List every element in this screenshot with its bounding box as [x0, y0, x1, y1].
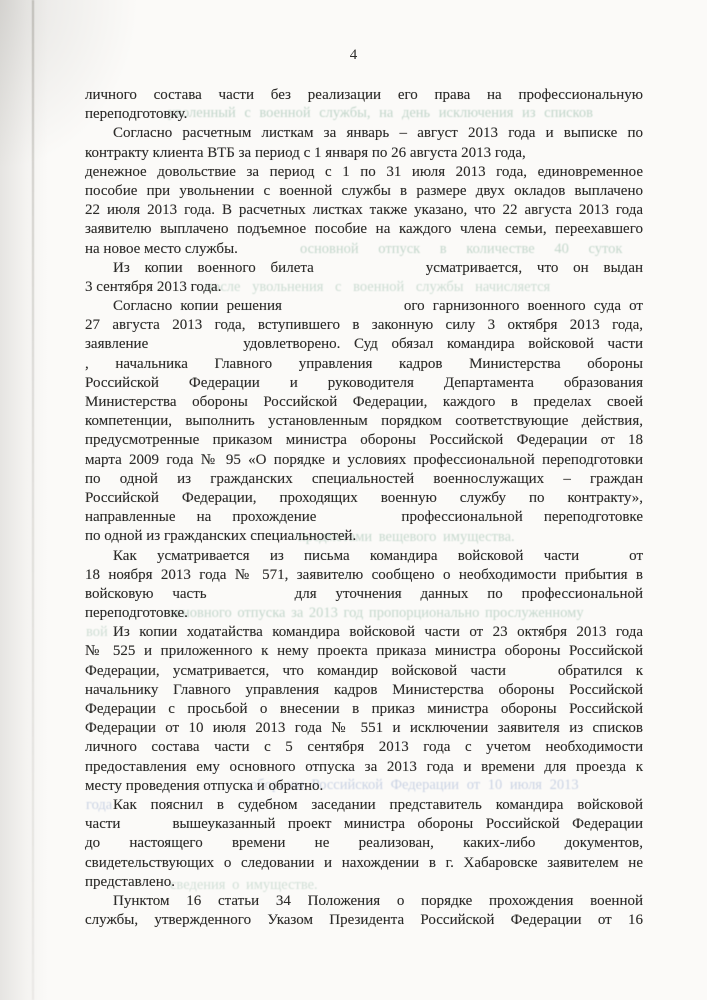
text-line: Согласно расчетным листкам за январь – а… [85, 124, 643, 143]
text-line: Из копии военного билетаусматривается, ч… [85, 259, 643, 278]
text-line: начальнику Главного управления кадров Ми… [85, 681, 643, 700]
paragraph: Как пояснил в судебном заседании предста… [85, 796, 643, 892]
text-line: свидетельствующих о следовании и нахожде… [85, 854, 643, 873]
redaction-gap [148, 347, 243, 348]
text-line: службы, утвержденного Указом Президента … [85, 911, 643, 930]
redaction-gap [207, 597, 295, 598]
text-line: Российской Федерации, проходящих военную… [85, 489, 643, 508]
text-line: заявлениеудовлетворено. Суд обязал коман… [85, 335, 643, 354]
redaction-gap [316, 520, 401, 521]
text-line: Согласно копии решенияого гарнизонного в… [85, 297, 643, 316]
text-line: Министерства обороны Российской Федераци… [85, 393, 643, 412]
paragraph: личного состава части без реализации его… [85, 86, 643, 124]
text-line: по одной из гражданских специальностей в… [85, 470, 643, 489]
text-line: заявителю выплачено подъемное пособие на… [85, 220, 643, 239]
redaction-gap [579, 559, 629, 560]
text-line: Из копии ходатайства командира войсковой… [85, 623, 643, 642]
text-line: Федерации от 10 июля 2013 года № 551 и и… [85, 719, 643, 738]
text-line: направленные на прохождениепрофессиональ… [85, 508, 643, 527]
text-line: личного состава части без реализации его… [85, 86, 643, 105]
text-line: контракту клиента ВТБ за период с 1 янва… [85, 144, 643, 163]
text-line: Федерации, усматривается, что командир в… [85, 662, 643, 681]
document-text: личного состава части без реализации его… [85, 86, 643, 930]
paragraph: Из копии ходатайства командира войсковой… [85, 623, 643, 796]
text-line: войсковую частьдля уточнения данных по п… [85, 585, 643, 604]
text-line: частивышеуказанный проект министра оборо… [85, 815, 643, 834]
text-line: Как пояснил в судебном заседании предста… [85, 796, 643, 815]
paragraph: Согласно копии решенияого гарнизонного в… [85, 297, 643, 546]
text-line: 22 июля 2013 года. В расчетных листках т… [85, 201, 643, 220]
text-line: предоставления ему основного отпуска за … [85, 758, 643, 777]
text-line: месту проведения отпуска и обратно. [85, 777, 643, 796]
text-line: личного состава части с 5 сентября 2013 … [85, 738, 643, 757]
text-line: 3 сентября 2013 года. [85, 278, 643, 297]
page-number: 4 [0, 47, 707, 64]
text-line: на новое место службы. [85, 240, 643, 259]
text-line: по одной из гражданских специальностей. [85, 527, 643, 546]
paragraph: Пунктом 16 статьи 34 Положения о порядке… [85, 892, 643, 930]
paragraph: Согласно расчетным листкам за январь – а… [85, 124, 643, 258]
redaction-gap [506, 674, 558, 675]
text-line: № 525 и приложенного к нему проекта прик… [85, 642, 643, 661]
text-line: 27 августа 2013 года, вступившего в зако… [85, 316, 643, 335]
text-line: предусмотренные приказом министра оборон… [85, 431, 643, 450]
scan-edge-shadow [0, 0, 48, 1000]
page-fold-crease [32, 0, 34, 1000]
text-line: Российской Федерации и руководителя Депа… [85, 374, 643, 393]
text-line: денежное довольствие за период с 1 по 31… [85, 163, 643, 182]
text-line: Федерации с просьбой о внесении в приказ… [85, 700, 643, 719]
text-line: Пунктом 16 статьи 34 Положения о порядке… [85, 892, 643, 911]
redaction-gap [282, 309, 404, 310]
text-line: 18 ноября 2013 года № 571, заявителю соо… [85, 566, 643, 585]
redaction-gap [120, 827, 172, 828]
paragraph: Как усматривается из письма командира во… [85, 547, 643, 624]
text-line: переподготовку. [85, 105, 643, 124]
text-line: , начальника Главного управления кадров … [85, 355, 643, 374]
text-line: Как усматривается из письма командира во… [85, 547, 643, 566]
text-line: марта 2009 года № 95 «О порядке и услови… [85, 451, 643, 470]
redaction-gap [314, 271, 426, 272]
text-line: представлено. [85, 873, 643, 892]
paragraph: Из копии военного билетаусматривается, ч… [85, 259, 643, 297]
text-line: переподготовке. [85, 604, 643, 623]
text-line: пособие при увольнении с военной службы … [85, 182, 643, 201]
text-line: до настоящего времени не реализован, как… [85, 834, 643, 853]
text-line: компетенции, выполнить установленным пор… [85, 412, 643, 431]
